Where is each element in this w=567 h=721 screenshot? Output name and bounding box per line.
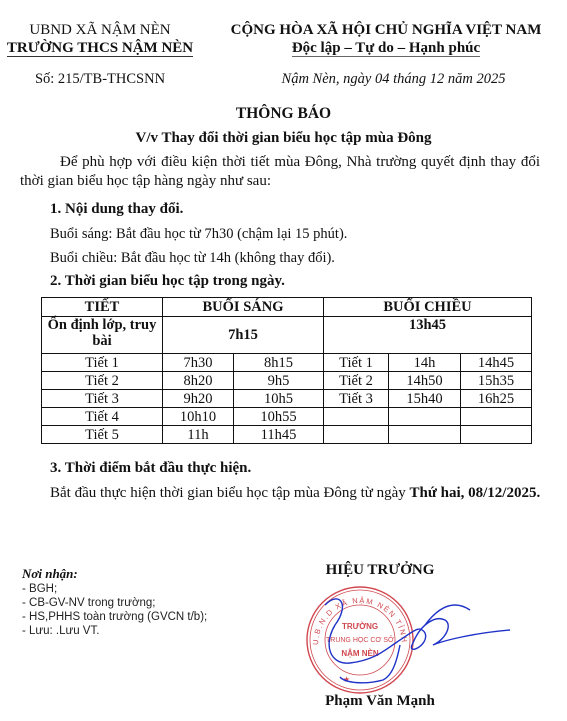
afternoon-period: Tiết 2 bbox=[324, 372, 389, 390]
afternoon-start: 14h bbox=[389, 354, 461, 372]
morning-start: 10h10 bbox=[163, 408, 234, 426]
afternoon-start: 15h40 bbox=[389, 390, 461, 408]
org-line-1: UBND XÃ NẬM NÈN bbox=[0, 22, 200, 39]
morning-start: 11h bbox=[163, 426, 234, 444]
morning-end: 8h15 bbox=[234, 354, 324, 372]
afternoon-start bbox=[389, 426, 461, 444]
afternoon-end: 16h25 bbox=[461, 390, 532, 408]
morning-change: Buổi sáng: Bắt đầu học từ 7h30 (chậm lại… bbox=[50, 226, 347, 243]
col-header-afternoon: BUỔI CHIỀU bbox=[324, 298, 532, 317]
section-3-heading: 3. Thời điểm bắt đầu thực hiện. bbox=[50, 460, 251, 477]
morning-end: 9h5 bbox=[234, 372, 324, 390]
implementation-text: Bắt đầu thực hiện thời gian biểu học tập… bbox=[50, 485, 410, 501]
timetable: TIẾT BUỔI SÁNG BUỔI CHIỀU Ổn định lớp, t… bbox=[41, 297, 532, 444]
table-row: Tiết 4 10h10 10h55 bbox=[42, 408, 532, 426]
afternoon-end: 15h35 bbox=[461, 372, 532, 390]
motto: Độc lập – Tự do – Hạnh phúc bbox=[292, 40, 480, 57]
table-row: Tiết 3 9h20 10h5 Tiết 3 15h40 16h25 bbox=[42, 390, 532, 408]
table-row: Tiết 2 8h20 9h5 Tiết 2 14h50 15h35 bbox=[42, 372, 532, 390]
official-stamp-icon: U.B.N.D XÃ NẬM NÈN TỈNH ĐIỆN BIÊN TRƯỜNG… bbox=[305, 585, 415, 695]
afternoon-period bbox=[324, 408, 389, 426]
signer-name: Phạm Văn Mạnh bbox=[280, 693, 480, 710]
afternoon-end: 14h45 bbox=[461, 354, 532, 372]
morning-start: 8h20 bbox=[163, 372, 234, 390]
svg-text:U.B.N.D XÃ NẬM NÈN TỈNH ĐIỆN B: U.B.N.D XÃ NẬM NÈN TỈNH ĐIỆN BIÊN bbox=[302, 578, 410, 645]
nation-line-1: CỘNG HÒA XÃ HỘI CHỦ NGHĨA VIỆT NAM bbox=[205, 22, 567, 39]
morning-end: 10h5 bbox=[234, 390, 324, 408]
period-cell: Tiết 1 bbox=[42, 354, 163, 372]
prep-afternoon: 13h45 bbox=[324, 317, 532, 354]
prep-label: Ổn định lớp, truy bài bbox=[42, 317, 163, 354]
doc-subject: V/v Thay đổi thời gian biểu học tập mùa … bbox=[0, 130, 567, 147]
section-2-heading: 2. Thời gian biểu học tập trong ngày. bbox=[50, 273, 285, 290]
implementation-paragraph: Bắt đầu thực hiện thời gian biểu học tập… bbox=[20, 484, 545, 502]
nation-line-2: Độc lập – Tự do – Hạnh phúc bbox=[205, 40, 567, 57]
recipient-item: - HS,PHHS toàn trường (GVCN t/b); bbox=[22, 611, 207, 623]
morning-start: 9h20 bbox=[163, 390, 234, 408]
afternoon-period bbox=[324, 426, 389, 444]
doc-number: Số: 215/TB-THCSNN bbox=[0, 71, 200, 88]
place-date: Nậm Nèn, ngày 04 tháng 12 năm 2025 bbox=[220, 71, 567, 88]
recipient-item: - Lưu: .Lưu VT. bbox=[22, 625, 99, 637]
afternoon-start bbox=[389, 408, 461, 426]
recipient-item: - CB-GV-NV trong trường; bbox=[22, 597, 155, 609]
period-cell: Tiết 4 bbox=[42, 408, 163, 426]
morning-end: 10h55 bbox=[234, 408, 324, 426]
table-row: Tiết 5 11h 11h45 bbox=[42, 426, 532, 444]
org-name: TRƯỜNG THCS NẬM NÈN bbox=[7, 40, 193, 57]
org-line-2: TRƯỜNG THCS NẬM NÈN bbox=[0, 40, 200, 57]
afternoon-start: 14h50 bbox=[389, 372, 461, 390]
svg-text:TRƯỜNG: TRƯỜNG bbox=[342, 622, 378, 631]
afternoon-end bbox=[461, 408, 532, 426]
signature-title: HIỆU TRƯỞNG bbox=[280, 562, 480, 579]
implementation-date: Thứ hai, 08/12/2025. bbox=[410, 485, 541, 501]
afternoon-period: Tiết 3 bbox=[324, 390, 389, 408]
period-cell: Tiết 5 bbox=[42, 426, 163, 444]
table-row: Tiết 1 7h30 8h15 Tiết 1 14h 14h45 bbox=[42, 354, 532, 372]
period-cell: Tiết 2 bbox=[42, 372, 163, 390]
afternoon-end bbox=[461, 426, 532, 444]
col-header-tiet: TIẾT bbox=[42, 298, 163, 317]
afternoon-period: Tiết 1 bbox=[324, 354, 389, 372]
section-1-heading: 1. Nội dung thay đổi. bbox=[50, 201, 183, 218]
recipients-title: Nơi nhận: bbox=[22, 566, 78, 582]
period-cell: Tiết 3 bbox=[42, 390, 163, 408]
morning-end: 11h45 bbox=[234, 426, 324, 444]
intro-paragraph: Để phù hợp với điều kiện thời tiết mùa Đ… bbox=[20, 153, 540, 191]
prep-morning: 7h15 bbox=[163, 317, 324, 354]
doc-title: THÔNG BÁO bbox=[0, 105, 567, 123]
col-header-morning: BUỔI SÁNG bbox=[163, 298, 324, 317]
recipient-item: - BGH; bbox=[22, 583, 57, 595]
morning-start: 7h30 bbox=[163, 354, 234, 372]
afternoon-change: Buổi chiều: Bắt đầu học từ 14h (không th… bbox=[50, 250, 335, 267]
svg-text:TRUNG HỌC CƠ SỞ: TRUNG HỌC CƠ SỞ bbox=[326, 635, 394, 644]
